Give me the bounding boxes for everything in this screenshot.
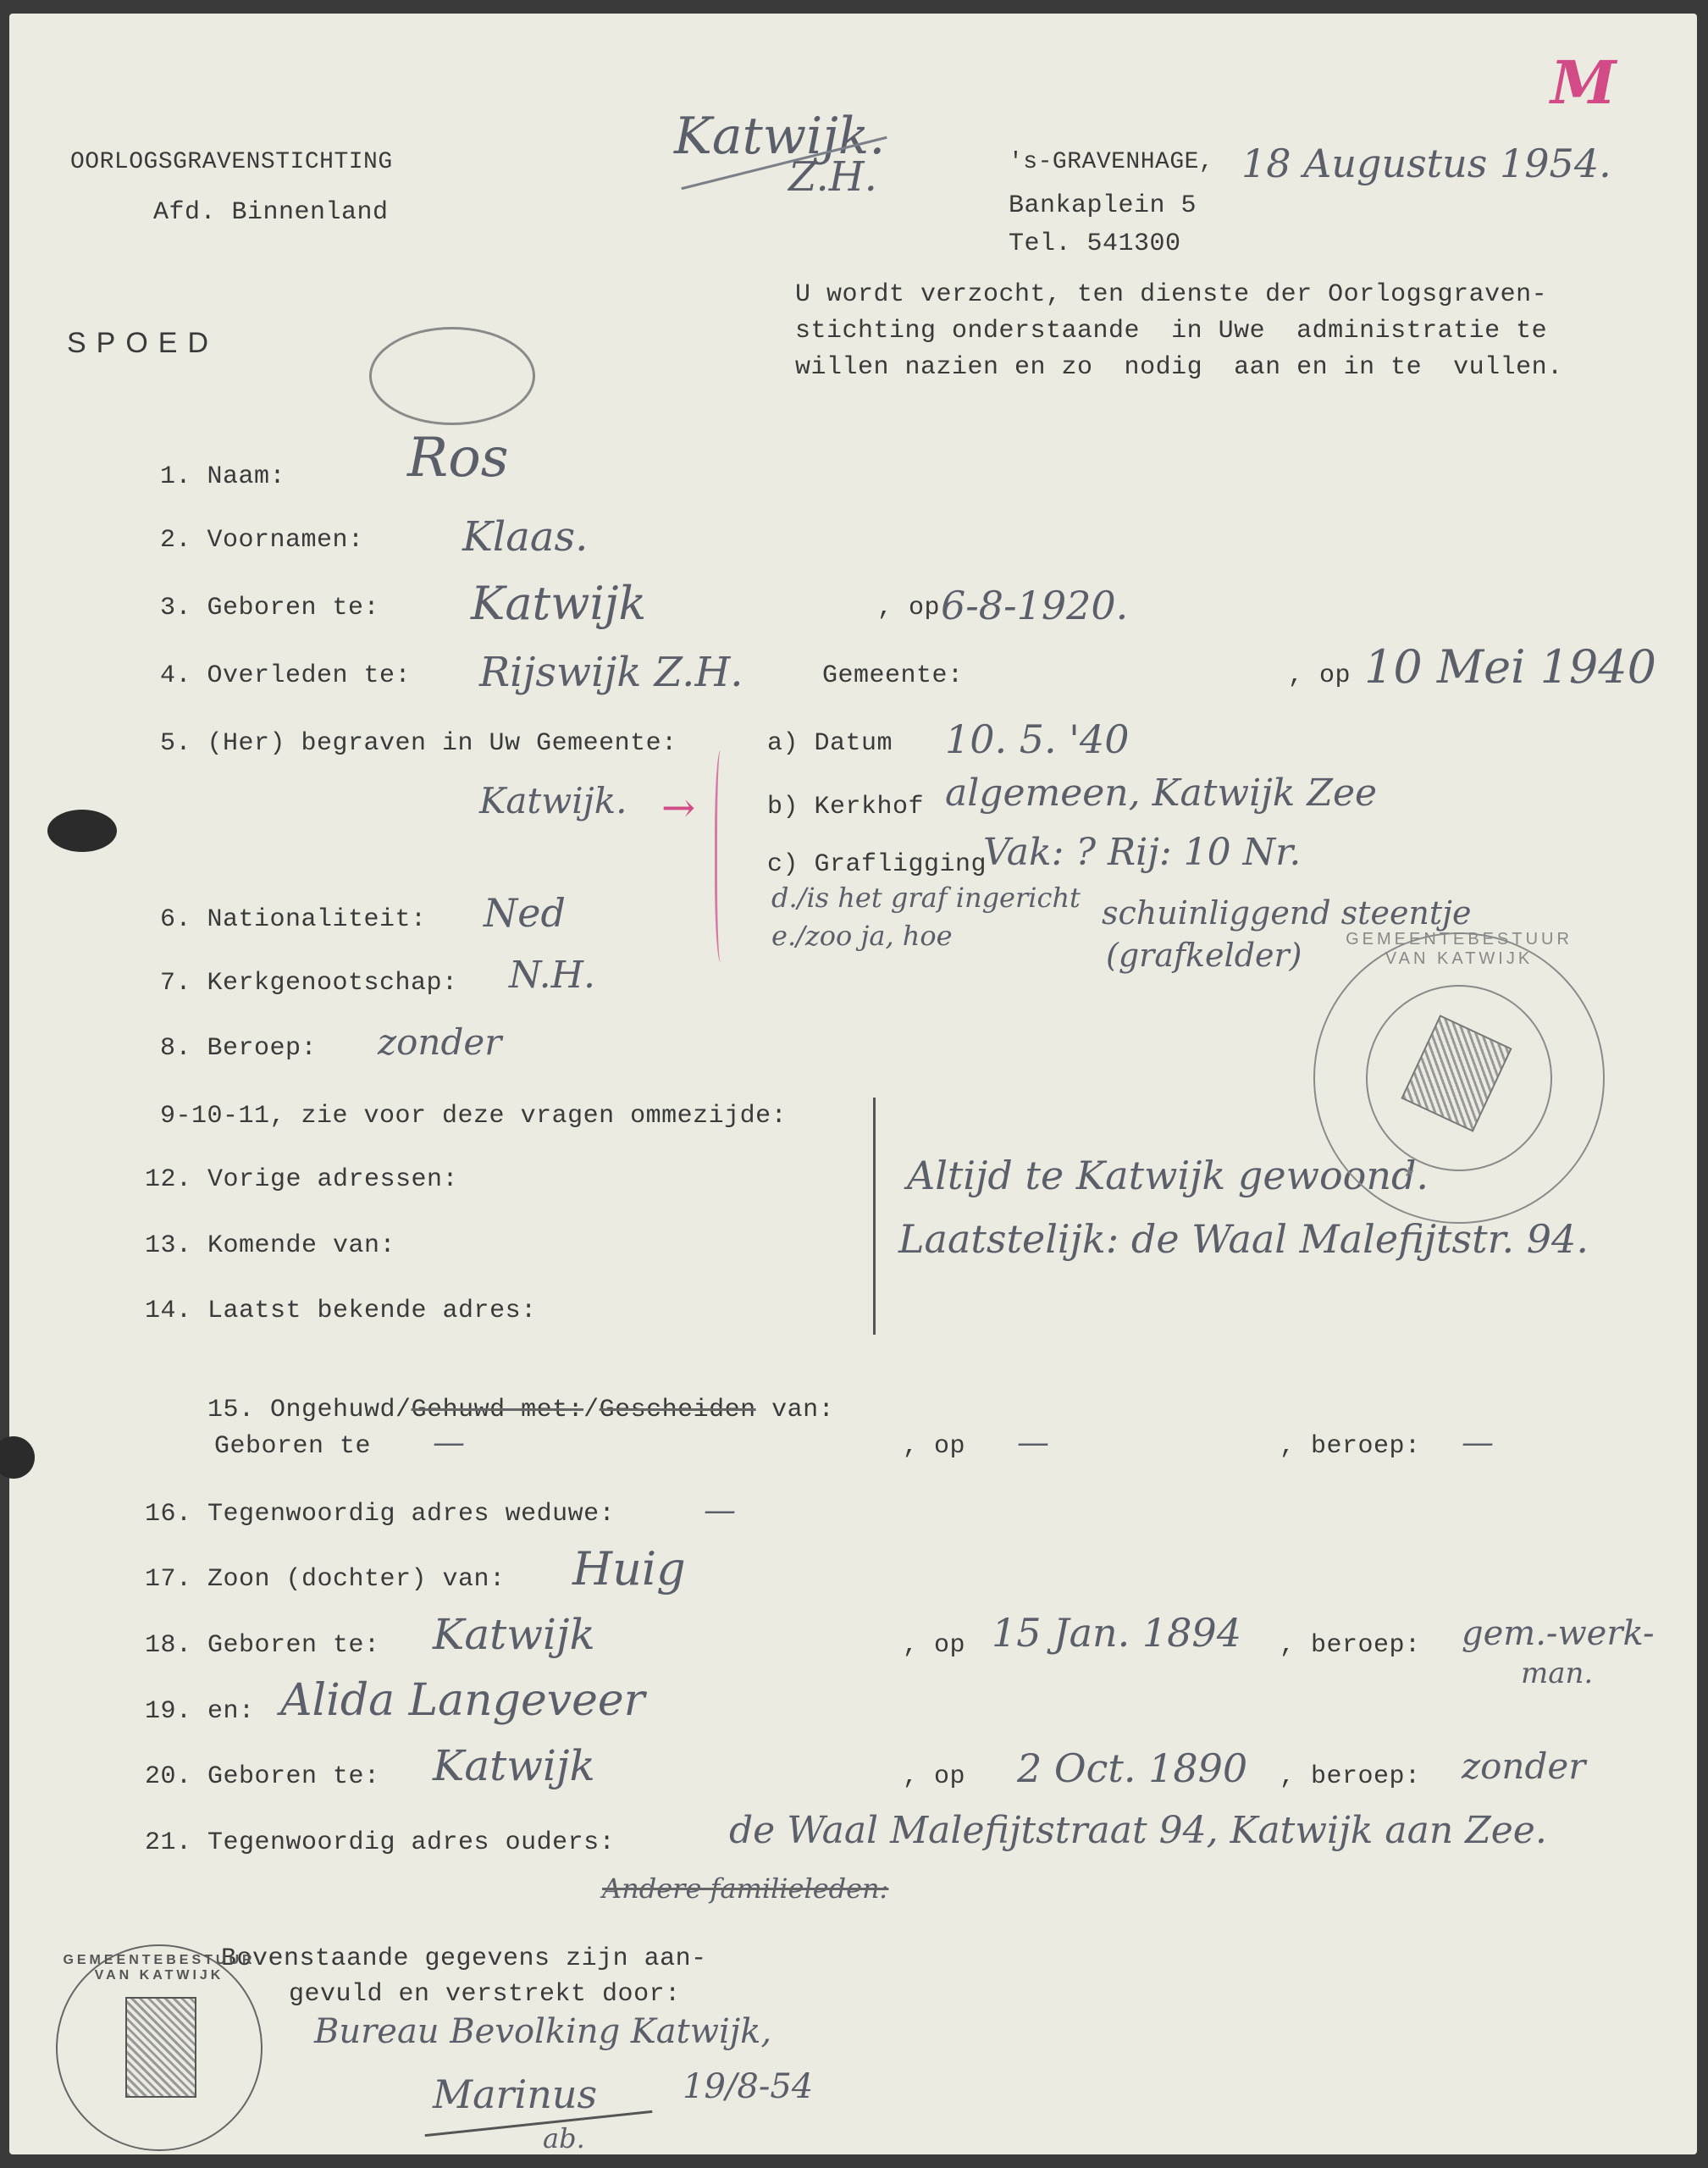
field-20-on-label: , op	[903, 1762, 965, 1791]
field-14-label: 14. Laatst bekende adres:	[145, 1297, 537, 1325]
address-note-2: Laatstelijk: de Waal Malefijtstr. 94.	[898, 1216, 1589, 1262]
field-18-job-value-2: man.	[1521, 1656, 1593, 1690]
field-8-value: zonder	[378, 1021, 501, 1063]
coat-of-arms-icon	[125, 1997, 196, 2098]
pink-mark: M	[1550, 47, 1617, 118]
field-19-value: Alida Langeveer	[280, 1675, 645, 1726]
field-6-label: 6. Nationaliteit:	[160, 905, 427, 934]
field-3-label: 3. Geboren te:	[160, 594, 379, 622]
handwritten-loop	[369, 327, 535, 425]
spoed-label: SPOED	[67, 327, 218, 360]
field-15b-value: —	[433, 1424, 465, 1461]
field-18-value: Katwijk	[433, 1610, 595, 1659]
field-16-value: —	[704, 1491, 736, 1529]
field-15-slash: /	[583, 1396, 600, 1424]
field-5-extra-note-2: (grafkelder)	[1106, 937, 1302, 974]
field-2-value: Klaas.	[462, 513, 588, 561]
field-15b-job-value: —	[1462, 1424, 1494, 1461]
field-4-label: 4. Overleden te:	[160, 661, 411, 690]
field-21-label: 21. Tegenwoordig adres ouders:	[145, 1828, 615, 1857]
field-3-on-label: , op	[877, 594, 940, 622]
field-15-van: van:	[756, 1396, 835, 1424]
struck-note: Andere familieleden:	[602, 1872, 888, 1905]
field-18-on-label: , op	[903, 1631, 965, 1660]
field-15-gehuwd: Gehuwd met:	[412, 1396, 584, 1424]
instructions-line-1: U wordt verzocht, ten dienste der Oorlog…	[795, 280, 1547, 309]
field-15b-on-value: —	[1017, 1424, 1049, 1461]
field-8-label: 8. Beroep:	[160, 1034, 317, 1063]
instructions-line-2: stichting onderstaande in Uwe administra…	[795, 317, 1547, 346]
field-21-value: de Waal Malefijtstraat 94, Katwijk aan Z…	[729, 1809, 1547, 1852]
field-3-value: Katwijk	[471, 577, 646, 630]
field-5b-label: b) Kerkhof	[767, 793, 924, 821]
phone: Tel. 541300	[1009, 230, 1181, 258]
punch-hole-top	[47, 810, 117, 852]
field-5c-value: Vak: ? Rij: 10 Nr.	[983, 831, 1301, 874]
field-9-label: 9-10-11, zie voor deze vragen ommezijde:	[160, 1102, 787, 1131]
field-5a-label: a) Datum	[767, 729, 893, 758]
field-7-value: N.H.	[509, 954, 595, 997]
field-17-label: 17. Zoon (dochter) van:	[145, 1565, 506, 1594]
field-17-value: Huig	[572, 1542, 686, 1596]
address-bracket	[873, 1098, 876, 1335]
field-5c-label: c) Grafligging	[767, 850, 987, 879]
field-13-label: 13. Komende van:	[145, 1231, 395, 1260]
address: Bankaplein 5	[1009, 191, 1197, 220]
stamp-text: GEMEENTEBESTUUR VAN KATWIJK	[58, 1953, 261, 1983]
instructions-line-3: willen nazien en zo nodig aan en in te v…	[795, 353, 1563, 382]
field-5-label: 5. (Her) begraven in Uw Gemeente:	[160, 729, 677, 758]
field-5-extra-note-1: schuinliggend steentje	[1102, 894, 1471, 932]
municipal-stamp-right: GEMEENTEBESTUUR VAN KATWIJK *	[1313, 932, 1605, 1224]
footer-sign-date: 19/8-54	[683, 2067, 813, 2106]
footer-line-2: gevuld en verstrekt door:	[289, 1980, 681, 2009]
field-16-label: 16. Tegenwoordig adres weduwe:	[145, 1500, 615, 1529]
stamp-text: GEMEENTEBESTUUR VAN KATWIJK	[1332, 930, 1586, 969]
field-20-job-value: zonder	[1462, 1745, 1585, 1787]
field-20-value: Katwijk	[433, 1741, 595, 1790]
field-4-on-label: , op	[1288, 661, 1351, 690]
field-18-on-value: 15 Jan. 1894	[992, 1610, 1241, 1656]
footer-initials: ab.	[543, 2122, 585, 2154]
footer-signature: Marinus	[433, 2071, 597, 2117]
handwritten-date: 18 Augustus 1954.	[1241, 141, 1611, 186]
field-15b-on-label: , op	[903, 1432, 965, 1461]
handwritten-place-sub: Z.H.	[788, 153, 877, 201]
document-page: OORLOGSGRAVENSTICHTING Afd. Binnenland K…	[9, 14, 1697, 2154]
field-5d-note: d./is het graf ingericht	[771, 882, 1081, 914]
field-4-value: Rijswijk Z.H.	[479, 649, 743, 696]
field-18-job-label: , beroep:	[1280, 1631, 1421, 1660]
pink-arrow: →	[661, 784, 695, 832]
field-18-label: 18. Geboren te:	[145, 1631, 380, 1660]
field-6-value: Ned	[484, 890, 566, 936]
field-5a-value: 10. 5. '40	[945, 716, 1129, 762]
punch-hole-bottom	[0, 1436, 35, 1479]
pink-brace	[715, 750, 729, 962]
department-name: Afd. Binnenland	[153, 198, 389, 227]
footer-issuer: Bureau Bevolking Katwijk,	[314, 2012, 771, 2051]
field-15b-label: Geboren te	[214, 1432, 371, 1461]
city-line: 's-GRAVENHAGE,	[1009, 149, 1213, 175]
field-18-job-value: gem.-werk-	[1462, 1614, 1655, 1653]
field-1-label: 1. Naam:	[160, 462, 285, 491]
field-7-label: 7. Kerkgenootschap:	[160, 969, 458, 998]
stamp-star: *	[1404, 1163, 1418, 1192]
field-19-label: 19. en:	[145, 1697, 255, 1726]
municipal-stamp-left: GEMEENTEBESTUUR VAN KATWIJK	[56, 1944, 263, 2151]
field-20-on-value: 2 Oct. 1890	[1017, 1745, 1247, 1791]
field-20-job-label: , beroep:	[1280, 1762, 1421, 1791]
field-12-label: 12. Vorige adressen:	[145, 1165, 458, 1194]
field-2-label: 2. Voornamen:	[160, 526, 364, 555]
field-15-gescheiden: Gescheiden	[600, 1396, 756, 1424]
field-1-value: Ros	[407, 427, 509, 489]
organization-name: OORLOGSGRAVENSTICHTING	[70, 149, 393, 175]
field-4-gemeente-label: Gemeente:	[822, 661, 964, 690]
footer-line-1: Bovenstaande gegevens zijn aan-	[221, 1944, 707, 1973]
field-15b-job-label: , beroep:	[1280, 1432, 1421, 1461]
field-3-on-value: 6-8-1920.	[941, 583, 1128, 628]
field-20-label: 20. Geboren te:	[145, 1762, 380, 1791]
field-5e-note: e./zoo ja, hoe	[771, 920, 953, 952]
field-5b-value: algemeen, Katwijk Zee	[945, 772, 1377, 815]
field-4-on-value: 10 Mei 1940	[1364, 640, 1656, 694]
field-15-ongehuwd: 15. Ongehuwd/	[207, 1396, 412, 1424]
field-5-place: Katwijk.	[479, 780, 627, 821]
